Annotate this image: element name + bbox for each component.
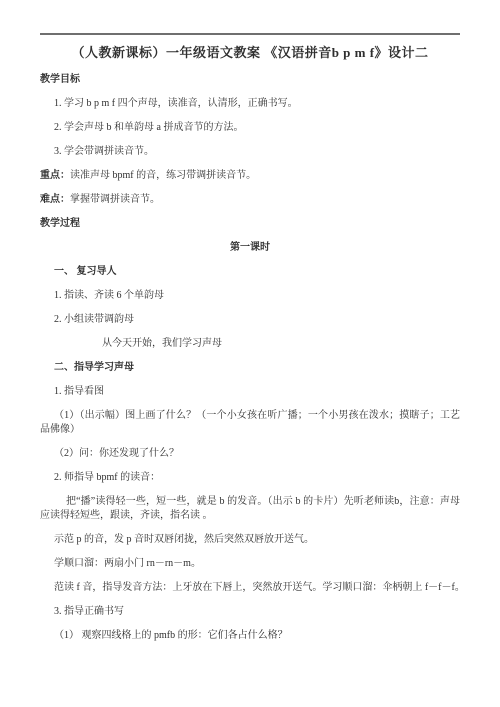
pronunciation-para-b: 把“播”读得轻一些，短一些，就是 b 的发音。（出示 b 的卡片）先听老师读b，… bbox=[40, 495, 460, 523]
picture-question-1: （1）（出示幅）图上画了什么？（一个小女孩在听广播；一个小男孩在泼水；摸瞎子；工… bbox=[40, 409, 460, 437]
document-page: （人教新课标）一年级语文教案 《汉语拼音b p m f》设计二 教学目标 1. … bbox=[0, 0, 500, 707]
step-writing-heading: 3. 指导正确书写 bbox=[54, 605, 460, 619]
writing-question-1: （1） 观察四线格上的 pmfb 的形：它们各占什么格？ bbox=[54, 629, 460, 643]
goal-item-1: 1. 学习 b p m f 四个声母，读准音，认清形，正确书写。 bbox=[54, 97, 460, 111]
document-title: （人教新课标）一年级语文教案 《汉语拼音b p m f》设计二 bbox=[40, 44, 460, 61]
teaching-goals-heading: 教学目标 bbox=[40, 73, 460, 87]
document-content: （人教新课标）一年级语文教案 《汉语拼音b p m f》设计二 教学目标 1. … bbox=[0, 44, 500, 643]
step-pronunciation-heading: 2. 师指导 bpmf 的读音： bbox=[54, 471, 460, 485]
difficulty-line: 难点：掌握带调拼读音节。 bbox=[40, 193, 460, 207]
review-item-2: 2. 小组读带调韵母 bbox=[54, 313, 460, 327]
goal-item-2: 2. 学会声母 b 和单韵母 a 拼成音节的方法。 bbox=[54, 121, 460, 135]
pronunciation-para-m: 学顺口溜：两扇小门 rn－rn－m。 bbox=[54, 557, 460, 571]
difficulty-label: 难点： bbox=[40, 194, 70, 205]
transition-note: 从今天开始，我们学习声母 bbox=[102, 337, 460, 351]
pronunciation-para-p: 示范 p 的音，发 p 音时双唇闭拢，然后突然双唇放开送气。 bbox=[54, 533, 460, 547]
header-rule bbox=[40, 33, 460, 35]
teaching-process-heading: 教学过程 bbox=[40, 217, 460, 231]
lesson-one-heading: 第一课时 bbox=[40, 241, 460, 255]
step-look-at-picture-heading: 1. 指导看图 bbox=[54, 385, 460, 399]
pronunciation-para-f: 范读 f 音，指导发音方法：上牙放在下唇上，突然放开送气。学习顺口溜：伞柄朝上 … bbox=[54, 581, 460, 595]
key-point-line: 重点：读准声母 bpmf 的音，练习带调拼读音节。 bbox=[40, 169, 460, 183]
key-point-label: 重点： bbox=[40, 170, 70, 181]
difficulty-text: 掌握带调拼读音节。 bbox=[70, 194, 160, 205]
section-review-heading: 一、 复习导人 bbox=[54, 265, 460, 279]
review-item-1: 1. 指读、齐读 6 个单韵母 bbox=[54, 289, 460, 303]
goal-item-3: 3. 学会带调拼读音节。 bbox=[54, 145, 460, 159]
key-point-text: 读准声母 bpmf 的音，练习带调拼读音节。 bbox=[70, 170, 256, 181]
section-learn-initials-heading: 二、指导学习声母 bbox=[54, 361, 460, 375]
picture-question-2: （2）问：你还发现了什么？ bbox=[54, 447, 460, 461]
